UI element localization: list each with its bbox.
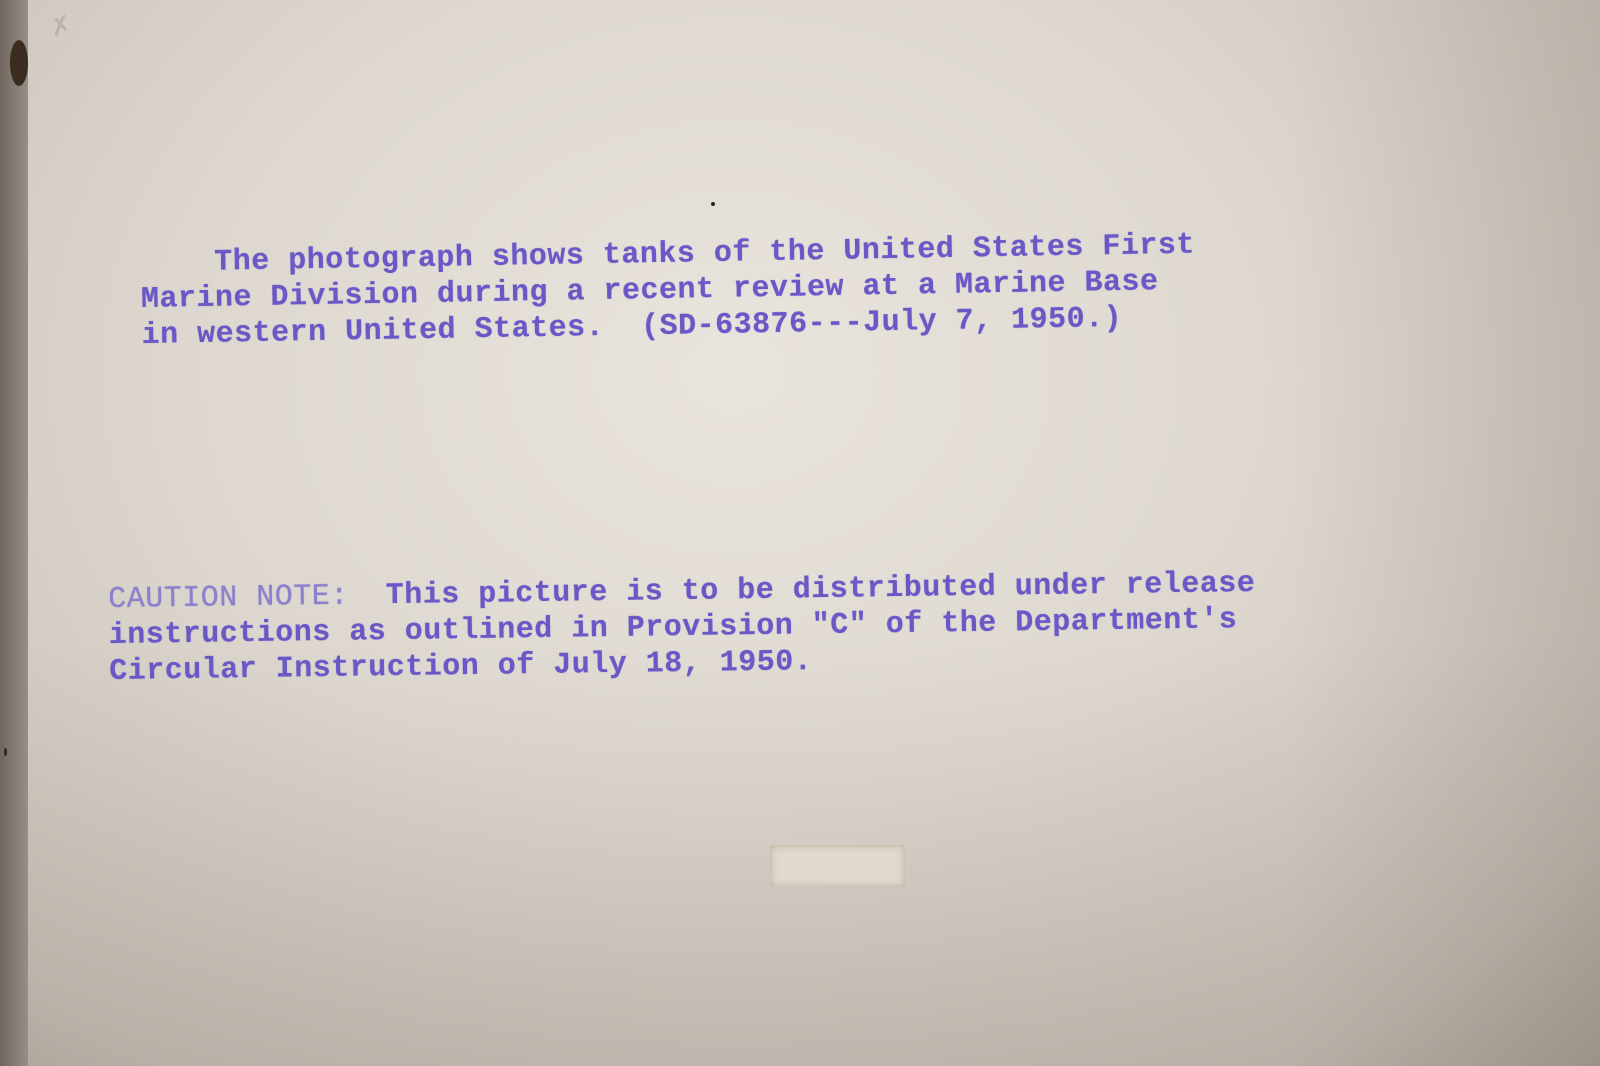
- caution-note: CAUTION NOTE: This picture is to be dist…: [108, 566, 1257, 690]
- tape-residue: [770, 845, 905, 887]
- ink-speck: [4, 748, 7, 756]
- ink-speck: [711, 202, 715, 206]
- paper-sheet: [28, 0, 1600, 1066]
- binding-hole: [10, 40, 28, 86]
- page-edge: [0, 0, 30, 1066]
- caution-label: CAUTION NOTE:: [108, 580, 349, 617]
- photo-caption: The photograph shows tanks of the United…: [140, 228, 1196, 354]
